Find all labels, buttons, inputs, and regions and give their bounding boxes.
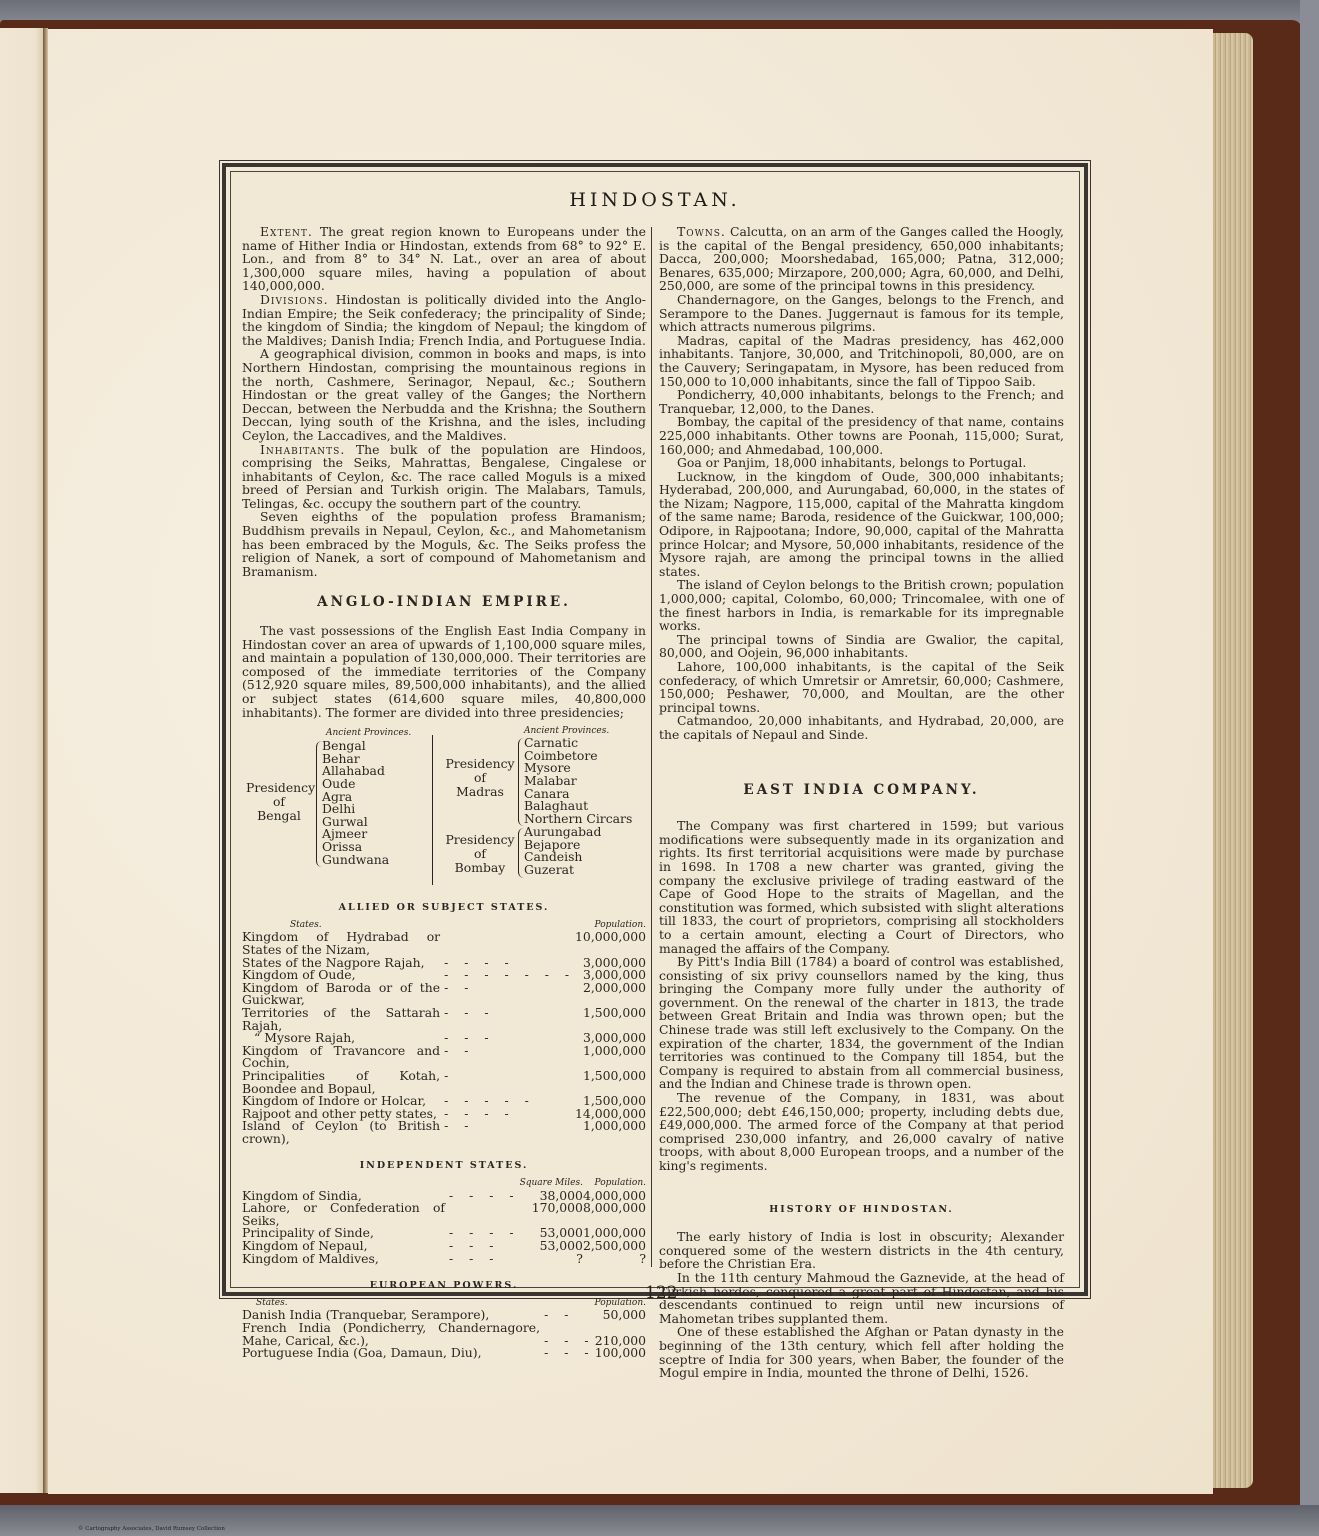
- table-row: Principalities of Kotah, Boondee and Bop…: [242, 1070, 646, 1095]
- towns-paragraph: Madras, capital of the Madras presidency…: [659, 334, 1064, 388]
- european-powers-heading: EUROPEAN POWERS.: [242, 1279, 646, 1293]
- anglo-indian-paragraph: The vast possessions of the English East…: [242, 624, 646, 719]
- extent-paragraph: Extent. The great region known to Europe…: [242, 225, 646, 293]
- independent-states-heading: INDEPENDENT STATES.: [242, 1159, 646, 1173]
- company-paragraph: The Company was first chartered in 1599;…: [659, 819, 1064, 955]
- east-india-company-heading: EAST INDIA COMPANY.: [659, 784, 1064, 798]
- table-row: Kingdom of Baroda or of the Guickwar,- -…: [242, 982, 646, 1007]
- towns-paragraph: Goa or Panjim, 18,000 inhabitants, belon…: [659, 456, 1064, 470]
- inhabitants-paragraph: Inhabitants. The bulk of the population …: [242, 443, 646, 511]
- collection-credit: © Cartography Associates, David Rumsey C…: [78, 1526, 225, 1532]
- company-paragraph: By Pitt's India Bill (1784) a board of c…: [659, 955, 1064, 1091]
- table-row: Kingdom of Maldives,- - -??: [242, 1253, 646, 1266]
- presidencies-diagram: Ancient Provinces. Ancient Provinces. Pr…: [242, 727, 646, 887]
- presidency-bengal: Presidency of Bengal: [246, 781, 312, 823]
- table-row: Lahore, or Confederation of Seiks,170,00…: [242, 1202, 646, 1227]
- scan-background-right: [1300, 0, 1319, 1536]
- towns-paragraph: Lucknow, in the kingdom of Oude, 300,000…: [659, 470, 1064, 579]
- table-row: French India (Pondicherry, Chandernagore…: [242, 1322, 646, 1347]
- presidency-divider: [432, 735, 433, 885]
- towns-paragraph: The principal towns of Sindia are Gwalio…: [659, 633, 1064, 660]
- company-paragraph: The revenue of the Company, in 1831, was…: [659, 1091, 1064, 1173]
- allied-states-heading: ALLIED OR SUBJECT STATES.: [242, 901, 646, 915]
- bengal-provinces: Bengal Behar Allahabad Oude Agra Delhi G…: [322, 740, 389, 866]
- page-block-edges: [1213, 33, 1253, 1488]
- allied-states-table: States. Population. Kingdom of Hydrabad …: [242, 919, 646, 1146]
- towns-paragraph: The island of Ceylon belongs to the Brit…: [659, 578, 1064, 632]
- towns-paragraph: Bombay, the capital of the presidency of…: [659, 415, 1064, 456]
- towns-paragraph: Towns. Calcutta, on an arm of the Ganges…: [659, 225, 1064, 293]
- geographical-paragraph: A geographical division, common in books…: [242, 347, 646, 442]
- madras-provinces: Carnatic Coimbetore Mysore Malabar Canar…: [524, 737, 632, 825]
- table-row: Portuguese India (Goa, Damaun, Diu),- - …: [242, 1347, 646, 1360]
- table-row: Kingdom of Hydrabad or States of the Niz…: [242, 931, 646, 956]
- history-paragraph: In the 11th century Mahmoud the Gaznevid…: [659, 1271, 1064, 1325]
- presidency-madras: Presidency of Madras: [444, 757, 516, 799]
- right-column: Towns. Calcutta, on an arm of the Ganges…: [659, 225, 1064, 1380]
- bombay-provinces: Aurungabad Bejapore Candeish Guzerat: [524, 826, 601, 876]
- towns-paragraph: Pondicherry, 40,000 inhabitants, belongs…: [659, 388, 1064, 415]
- presidency-bombay: Presidency of Bombay: [444, 833, 516, 875]
- towns-paragraph: Chandernagore, on the Ganges, belongs to…: [659, 293, 1064, 334]
- page-title: HINDOSTAN.: [226, 189, 1084, 211]
- history-paragraph: The early history of India is lost in ob…: [659, 1230, 1064, 1271]
- independent-states-table: Square Miles. Population. Kingdom of Sin…: [242, 1177, 646, 1265]
- towns-paragraph: Catmandoo, 20,000 inhabitants, and Hydra…: [659, 714, 1064, 741]
- towns-paragraph: Lahore, 100,000 inhabitants, is the capi…: [659, 660, 1064, 714]
- anglo-indian-heading: ANGLO-INDIAN EMPIRE.: [242, 596, 646, 610]
- table-row: Kingdom of Travancore and Cochin,- -1,00…: [242, 1045, 646, 1070]
- european-powers-table: States. Population. Danish India (Tranqu…: [242, 1297, 646, 1360]
- column-divider: [651, 227, 652, 1267]
- history-paragraph: One of these established the Afghan or P…: [659, 1325, 1064, 1379]
- facing-page-edge: [0, 28, 44, 1493]
- page-number: 122: [645, 1283, 677, 1303]
- left-column: Extent. The great region known to Europe…: [242, 225, 646, 1360]
- history-heading: HISTORY OF HINDOSTAN.: [659, 1203, 1064, 1217]
- text-plate: HINDOSTAN. Extent. The great region know…: [222, 163, 1088, 1296]
- religion-paragraph: Seven eighths of the population profess …: [242, 510, 646, 578]
- table-row: Island of Ceylon (to British crown),- -1…: [242, 1120, 646, 1145]
- table-row: Territories of the Sattarah Rajah,- - -1…: [242, 1007, 646, 1032]
- divisions-paragraph: Divisions. Hindostan is politically divi…: [242, 293, 646, 347]
